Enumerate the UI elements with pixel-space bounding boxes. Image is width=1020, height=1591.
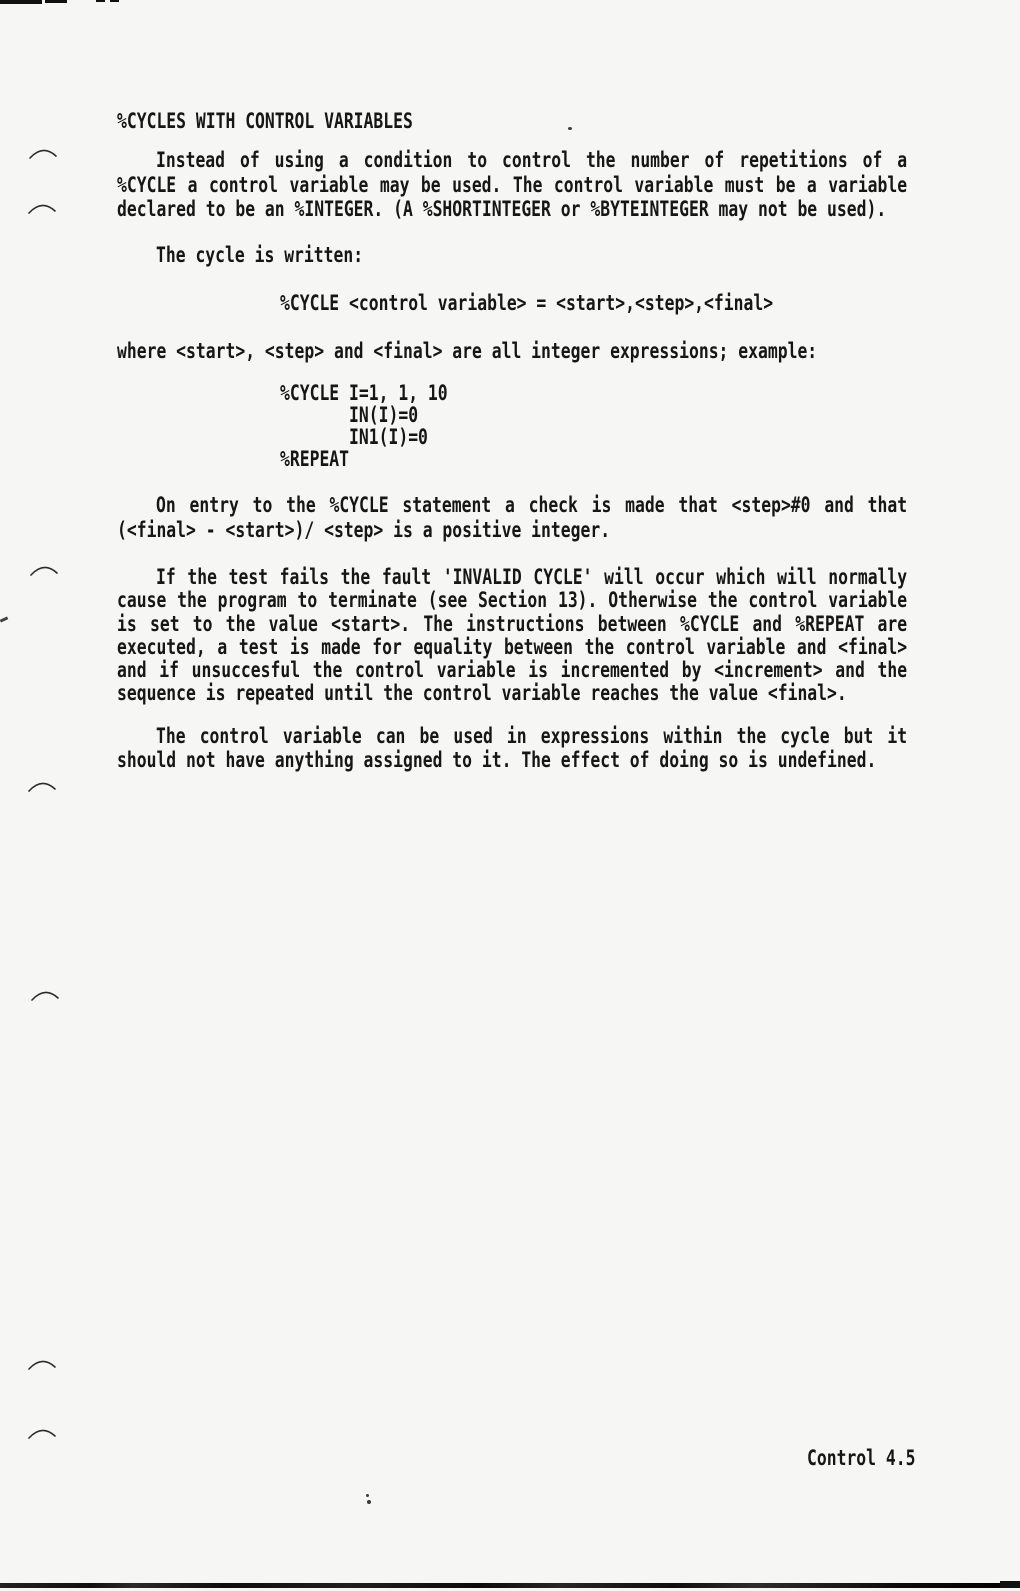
text-line: The control variable can be used in expr… xyxy=(117,724,907,748)
page-footer-label: Control 4.5 xyxy=(807,1446,915,1471)
text-line: declared to be an %INTEGER. (A %SHORTINT… xyxy=(117,197,907,222)
text-line: %CYCLE a control variable may be used. T… xyxy=(117,173,907,198)
paragraph-control-variable: The control variable can be used in expr… xyxy=(117,724,907,772)
ink-speck xyxy=(568,127,572,130)
text-line: cause the program to terminate (see Sect… xyxy=(117,589,907,612)
text-line: should not have anything assigned to it.… xyxy=(117,748,907,772)
scan-tick xyxy=(0,616,8,622)
binding-mark-icon xyxy=(28,146,58,161)
binding-mark-icon xyxy=(30,988,60,1003)
code-example: %CYCLE I=1, 1, 10 IN(I)=0 IN1(I)=0 %REPE… xyxy=(280,382,448,470)
scan-streak-top xyxy=(0,0,42,4)
text-line: is set to the value <start>. The instruc… xyxy=(117,613,907,636)
text-line: Instead of using a condition to control … xyxy=(117,148,907,173)
text-line: If the test fails the fault 'INVALID CYC… xyxy=(117,566,907,589)
ink-speck xyxy=(366,1494,369,1497)
paragraph-invalid-cycle: If the test fails the fault 'INVALID CYC… xyxy=(117,566,907,706)
binding-mark-icon xyxy=(27,779,57,794)
scan-streak-top xyxy=(96,0,105,2)
scan-streak-top xyxy=(110,0,119,2)
paragraph-intro: Instead of using a condition to control … xyxy=(117,148,907,222)
scan-bar-bottom xyxy=(1000,1581,1020,1588)
paragraph-on-entry: On entry to the %CYCLE statement a check… xyxy=(117,493,907,542)
text-line: sequence is repeated until the control v… xyxy=(117,682,907,705)
paragraph-cycle-written: The cycle is written: xyxy=(156,243,363,268)
paragraph-where: where <start>, <step> and <final> are al… xyxy=(117,339,817,364)
text-line: executed, a test is made for equality be… xyxy=(117,636,907,659)
binding-mark-icon xyxy=(29,563,59,578)
ink-speck xyxy=(367,1500,371,1504)
scan-bar-bottom xyxy=(0,1583,1020,1588)
text-line: and if unsuccesful the control variable … xyxy=(117,659,907,682)
binding-mark-icon xyxy=(27,201,57,216)
syntax-line: %CYCLE <control variable> = <start>,<ste… xyxy=(280,291,773,316)
binding-mark-icon xyxy=(27,1357,57,1372)
binding-mark-icon xyxy=(27,1426,57,1441)
text-line: (<final> - <start>)/ <step> is a positiv… xyxy=(117,518,907,543)
scanned-page: %CYCLES WITH CONTROL VARIABLES Instead o… xyxy=(0,0,1020,1591)
page-title: %CYCLES WITH CONTROL VARIABLES xyxy=(117,109,413,134)
text-line: On entry to the %CYCLE statement a check… xyxy=(117,493,907,518)
scan-streak-top xyxy=(45,0,67,3)
